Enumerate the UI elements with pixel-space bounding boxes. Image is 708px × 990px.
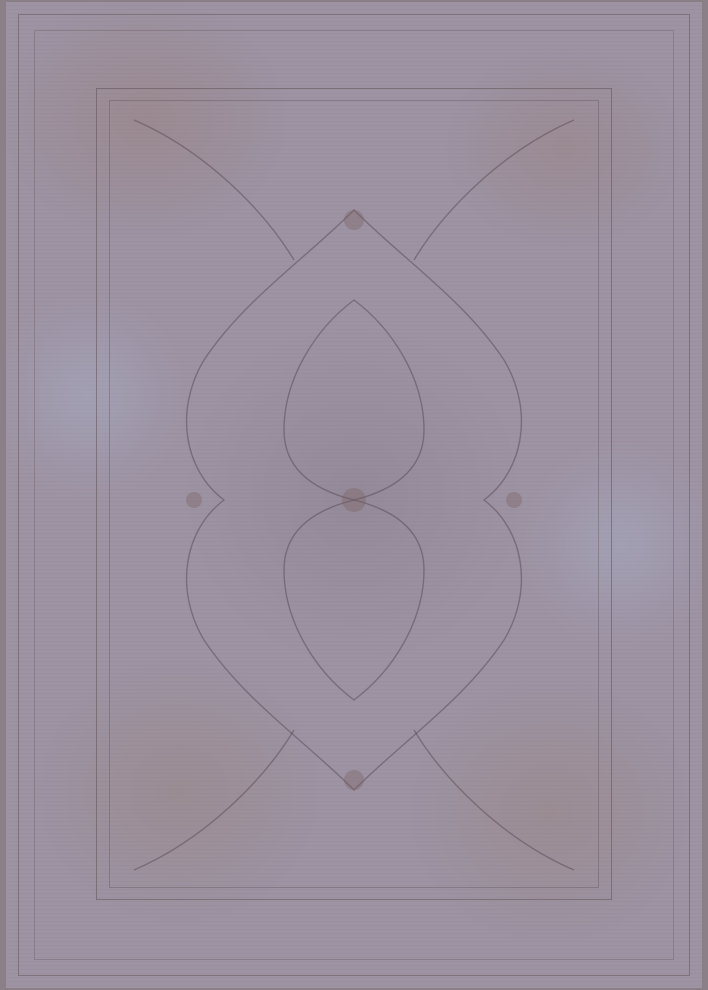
left-edge — [0, 0, 4, 990]
rug-photo — [4, 0, 704, 990]
central-medallion — [4, 0, 704, 990]
right-edge — [704, 0, 708, 990]
